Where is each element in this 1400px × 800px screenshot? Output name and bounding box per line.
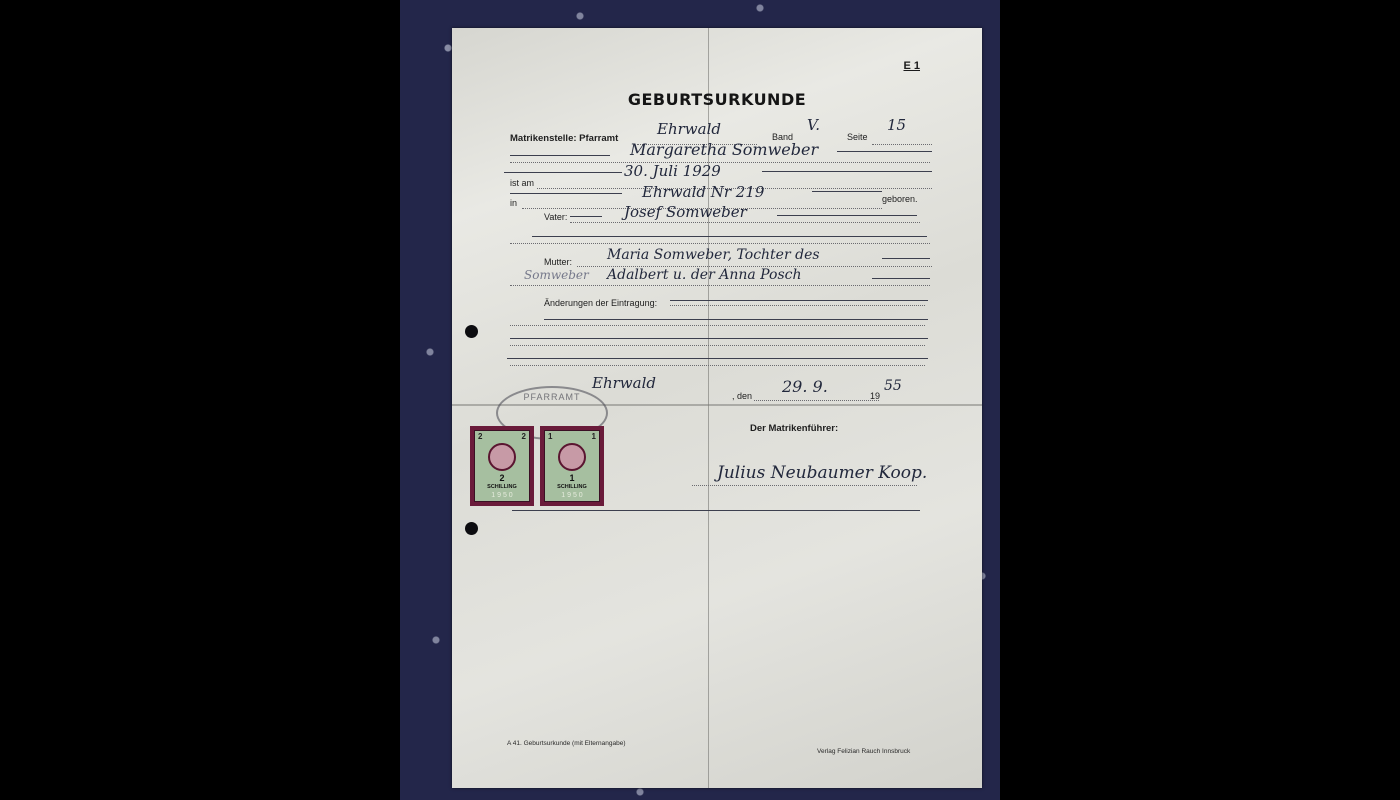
rule-line [762,171,932,172]
year-prefix: 19 [870,391,880,401]
issue-date: 29. 9. [782,377,828,396]
dotted-line [510,345,925,346]
stamp-year: 1 9 5 0 [475,492,529,499]
den-label: , den [732,391,752,401]
registrar-label: Der Matrikenführer: [750,423,838,434]
stamp-corner-value: 1 [548,432,552,441]
matrikenstelle-value: Ehrwald [657,120,721,138]
eagle-emblem-icon [558,443,586,471]
issue-place: Ehrwald [592,374,656,392]
rule-line [510,155,610,156]
stamp-corner-value: 2 [522,432,526,441]
band-value: V. [807,116,820,134]
publisher: Verlag Felizian Rauch Innsbruck [817,748,910,755]
child-name: Margaretha Somweber [630,140,818,159]
stamp-year: 1 9 5 0 [545,492,599,499]
rule-line [670,300,928,301]
vater-value: Josef Somweber [624,203,747,221]
mutter-label: Mutter: [544,257,572,267]
matrikenstelle-label: Matrikenstelle: Pfarramt [510,133,618,144]
punch-hole-top [465,325,478,338]
mutter-value-line1: Maria Somweber, Tochter des [607,247,820,263]
date-of-birth: 30. Juli 1929 [624,162,721,180]
seite-label: Seite [847,132,868,142]
ist-am-label: ist am [510,178,534,188]
rule-line [507,358,928,359]
rule-line [882,258,930,259]
document-title: GEBURTSURKUNDE [452,90,982,109]
dotted-line [510,243,930,244]
rule-line [570,216,602,217]
form-reference: A 41. Geburtsurkunde (mit Elternangabe) [507,740,626,747]
rule-line [510,338,928,339]
aenderungen-label: Änderungen der Eintragung: [544,298,657,308]
mutter-value-line2: Adalbert u. der Anna Posch [607,267,801,283]
rule-line [510,193,622,194]
fee-stamp-2-schilling: 2 2 2 SCHILLING 1 9 5 0 [470,426,534,506]
rule-line [812,191,882,192]
place-of-birth: Ehrwald Nr 219 [642,183,764,201]
dotted-line [754,400,879,401]
stamp-unit: SCHILLING [545,484,599,490]
stamp-corner-value: 2 [478,432,482,441]
registrar-signature: Julius Neubaumer Koop. [717,463,927,483]
in-label: in [510,198,517,208]
seite-value: 15 [887,116,906,134]
dotted-line [510,365,925,366]
rule-line [872,278,930,279]
vater-label: Vater: [544,212,567,222]
birth-certificate: E 1 GEBURTSURKUNDE Matrikenstelle: Pfarr… [452,28,982,788]
rule-line [544,319,928,320]
stamp-value: 1 [545,473,599,483]
rule-line [512,510,920,511]
mutter-value-line2-prefix: Somweber [524,268,589,282]
dotted-line [510,325,925,326]
geboren-label: geboren. [882,194,918,204]
year-suffix: 55 [884,378,902,394]
rule-line [777,215,917,216]
form-code: E 1 [903,60,920,72]
stamp-unit: SCHILLING [475,484,529,490]
dotted-line [692,485,917,486]
punch-hole-bottom [465,522,478,535]
document-photo: E 1 GEBURTSURKUNDE Matrikenstelle: Pfarr… [400,0,1000,800]
stamp-corner-value: 1 [592,432,596,441]
rule-line [504,172,622,173]
eagle-emblem-icon [488,443,516,471]
dotted-line [872,144,932,145]
rule-line [532,236,927,237]
seal-text: PFARRAMT [498,392,606,402]
fee-stamp-1-schilling: 1 1 1 SCHILLING 1 9 5 0 [540,426,604,506]
dotted-line [510,285,930,286]
rule-line [837,151,932,152]
dotted-line [570,222,920,223]
dotted-line [670,305,925,306]
stamp-value: 2 [475,473,529,483]
